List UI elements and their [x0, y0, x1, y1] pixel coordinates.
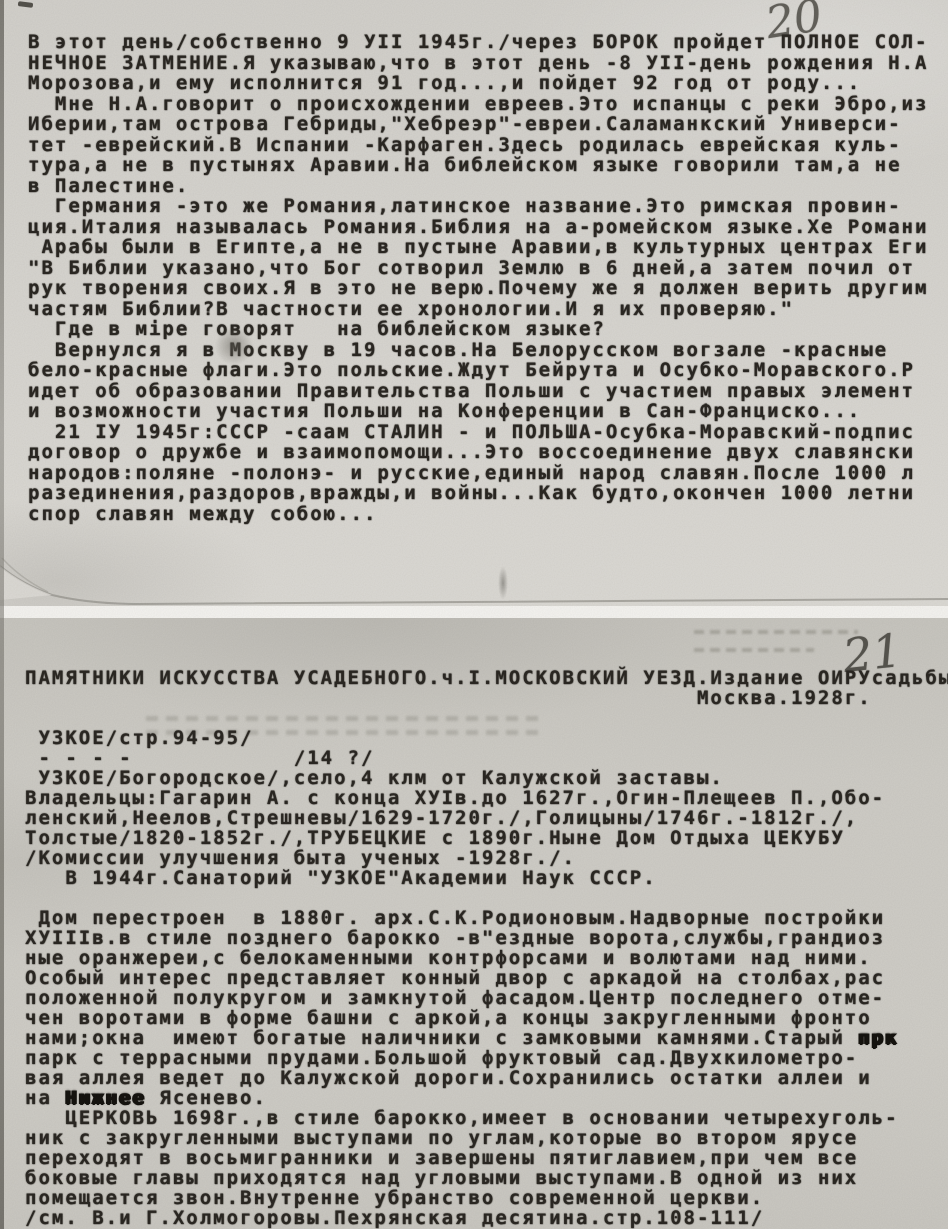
typewritten-line: ник с закругленными выступами по углам,к…	[25, 1128, 948, 1148]
typewritten-line: Иберии,там острова Гебриды,"Хебреэр"-евр…	[28, 114, 948, 135]
typewritten-line: Толстые/1820-1852г./,ТРУБЕЦКИЕ с 1890г.Н…	[25, 828, 948, 848]
typewritten-line: Особый интерес представляет конный двор …	[25, 968, 948, 988]
typewritten-line: "В Библии указано,что Бог сотворил Землю…	[28, 258, 948, 279]
typewritten-line: ные оранжереи,с белокаменными контрфорса…	[25, 948, 948, 968]
typewritten-line: Владельцы:Гагарин А. с конца ХУІв.до 162…	[25, 788, 948, 808]
overstruck-word: прк	[858, 1027, 898, 1049]
typewritten-line: нами;окна имеют богатые наличники с замк…	[25, 1028, 948, 1048]
typewritten-line: Дом перестроен в 1880г. арх.С.К.Родионов…	[25, 908, 948, 928]
typewritten-line: ЦЕРКОВЬ 1698г.,в стиле барокко,имеет в о…	[25, 1108, 948, 1128]
typewritten-line: ленский,Неелов,Стрешневы/1629-1720г./,Го…	[25, 808, 948, 828]
scan-stray-mark	[18, 1, 33, 8]
page-2-text: ПАМЯТНИКИ ИСКУССТВА УСАДЕБНОГО.ч.І.МОСКО…	[25, 668, 948, 1228]
typewritten-line: разединения,раздоров,вражды,и войны...Ка…	[28, 483, 948, 504]
paper-fiber-mark	[498, 566, 508, 600]
typewritten-line: Морозова,и ему исполнится 91 год...,и по…	[28, 73, 948, 94]
typewritten-line: на Нижнее Ясенево.	[25, 1088, 948, 1108]
typewritten-line: парк с террасными прудами.Большой фрукто…	[25, 1048, 948, 1068]
typewritten-line: положенной полукругом и замкнутой фасадо…	[25, 988, 948, 1008]
typewritten-line: народов:поляне -полонэ- и русские,единый…	[28, 463, 948, 484]
typewritten-line: /см. В.и Г.Холмогоровы.Пехрянская десяти…	[25, 1208, 948, 1228]
typewritten-line: спор славян между собою...	[28, 504, 948, 525]
typewritten-line	[25, 708, 948, 728]
page-1-text: В этот день/собственно 9 УІІ 1945г./чере…	[28, 32, 948, 524]
typewritten-line: чен воротами в форме башни с аркой,а кон…	[25, 1008, 948, 1028]
typewritten-line: /Комиссии улучшения быта ученых -1928г./…	[25, 848, 948, 868]
typewritten-line: тура,а не в пустынях Аравии.На библейско…	[28, 155, 948, 176]
typewritten-line	[25, 888, 948, 908]
typewritten-line: Арабы были в Египте,а не в пустыне Арави…	[28, 237, 948, 258]
line-segment: на	[25, 1087, 65, 1109]
typewritten-line: помещается звон.Внутренне убранство совр…	[25, 1188, 948, 1208]
typewritten-line: идет об образовании Правительства Польши…	[28, 381, 948, 402]
line-segment: Ясенево.	[146, 1087, 267, 1109]
typewritten-line: Германия -это же Романия,латинское назва…	[28, 196, 948, 217]
typewritten-line: боковые главы приходятся над угловыми вы…	[25, 1168, 948, 1188]
typewritten-line: вая аллея ведет до Калужской дороги.Сохр…	[25, 1068, 948, 1088]
typewritten-line: 21 ІУ 1945г:СССР -саам СТАЛИН - и ПОЛЬША…	[28, 422, 948, 443]
typewritten-line: ХУІІІв.в стиле позднего барокко -в"ездны…	[25, 928, 948, 948]
typewritten-line: Где в міре говорят на библейском языке?	[28, 319, 948, 340]
page-1: 20 В этот день/собственно 9 УІІ 1945г./ч…	[0, 0, 948, 606]
line-segment: нами;окна имеют богатые наличники с замк…	[25, 1027, 858, 1049]
page-2: 21 ПАМЯТНИКИ ИСКУССТВА УСАДЕБНОГО.ч.І.МО…	[0, 618, 948, 1229]
typewritten-line: и возможности участия Польши на Конферен…	[28, 401, 948, 422]
typewritten-line: договор о дружбе и взаимопомощи...Это во…	[28, 442, 948, 463]
typewritten-line: УЗКОЕ/Богородское/,село,4 клм от Калужск…	[25, 768, 948, 788]
typewritten-line: частям Библии?В частности ее хронологии.…	[28, 299, 948, 320]
typewritten-line: Москва.1928г.	[25, 688, 948, 708]
faint-stamp-mark	[694, 630, 858, 670]
typewritten-line: НЕЧНОЕ ЗАТМЕНИЕ.Я указываю,что в этот де…	[28, 53, 948, 74]
typewritten-line: В этот день/собственно 9 УІІ 1945г./чере…	[28, 32, 948, 53]
overstruck-word: Нижнее	[65, 1087, 146, 1109]
typewritten-line: Мне Н.А.говорит о происхождении евреев.Э…	[28, 94, 948, 115]
typewritten-line: переходят в восьмигранники и завершены п…	[25, 1148, 948, 1168]
typewritten-line: бело-красные флаги.Это польские.Ждут Бей…	[28, 360, 948, 381]
typewritten-line: УЗКОЕ/стр.94-95/	[25, 728, 948, 748]
typewritten-line: Вернулся я в Москву в 19 часов.На Белору…	[28, 340, 948, 361]
typewritten-line: в Палестине.	[28, 176, 948, 197]
typewritten-line: рук творения своих.Я в это не верю.Почем…	[28, 278, 948, 299]
page-gap	[0, 606, 948, 618]
typewritten-line: ция.Италия называлась Романия.Библия на …	[28, 217, 948, 238]
typewritten-line: ПАМЯТНИКИ ИСКУССТВА УСАДЕБНОГО.ч.І.МОСКО…	[25, 668, 948, 688]
typewritten-line: тет -еврейский.В Испании -Карфаген.Здесь…	[28, 135, 948, 156]
typewritten-line: В 1944г.Санаторий "УЗКОЕ"Академии Наук С…	[25, 868, 948, 888]
document-scan: 20 В этот день/собственно 9 УІІ 1945г./ч…	[0, 0, 948, 1229]
typewritten-line: - - - - /14 ?/	[25, 748, 948, 768]
